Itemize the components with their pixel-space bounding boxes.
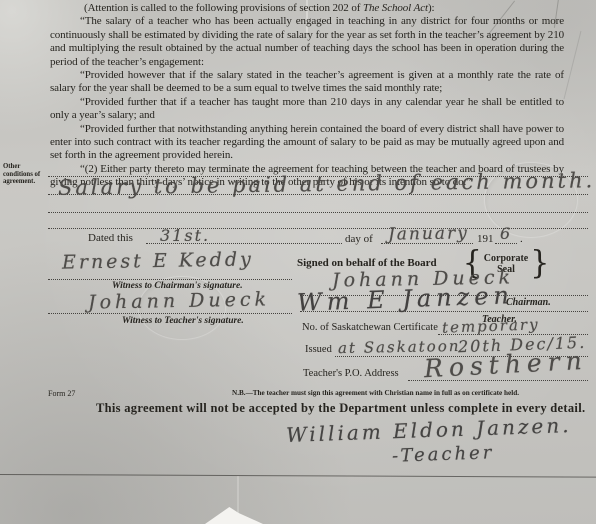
attention-note: (Attention is called to the following pr… xyxy=(50,2,564,15)
attention-pre: (Attention is called to the following pr… xyxy=(84,2,363,14)
teacher-dotted-line xyxy=(300,311,588,312)
po-address-label: Teacher's P.O. Address xyxy=(303,368,399,379)
ruled-dotted-line xyxy=(48,212,588,213)
scanned-agreement-document: (Attention is called to the following pr… xyxy=(0,0,596,524)
salary-estimation-paragraph: “The salary of a teacher who has been ac… xyxy=(50,15,564,69)
board-contract-paragraph: “Provided further that notwithstanding a… xyxy=(50,123,564,163)
date-year-dotted-line xyxy=(495,243,517,244)
teacher-witness-signature: Johann Dueck xyxy=(88,288,270,313)
other-conditions-margin-label: Other conditions of agreement. xyxy=(3,163,47,186)
right-brace-glyph: } xyxy=(530,245,549,283)
monthly-rate-paragraph: “Provided however that if the salary sta… xyxy=(50,69,564,96)
chairman-witness-signature: Ernest E Keddy xyxy=(62,248,254,273)
year-prefix-label: 191 xyxy=(477,233,494,245)
final-teacher-signature: William Eldon Janzen. xyxy=(286,413,572,447)
certificate-label: No. of Saskatchewan Certificate xyxy=(302,322,438,333)
fold-crease-line xyxy=(0,474,596,478)
date-period: . xyxy=(520,233,523,245)
chairman-witness-dotted-line xyxy=(48,279,292,280)
dated-this-label: Dated this xyxy=(88,232,133,244)
crease-line xyxy=(564,31,582,99)
form-number: Form 27 xyxy=(48,389,75,398)
teacher-witness-label: Witness to Teacher's signature. xyxy=(122,316,244,326)
final-teacher-role: -Teacher xyxy=(392,442,495,467)
day-of-label: day of xyxy=(345,233,373,245)
school-act-title: The School Act xyxy=(363,2,428,14)
month-handwriting: January xyxy=(388,223,469,244)
attention-post: ): xyxy=(428,2,435,14)
teacher-witness-dotted-line xyxy=(48,313,292,314)
210-days-paragraph: “Provided further that if a teacher has … xyxy=(50,96,564,123)
corporate-seal-line1: Corporate xyxy=(484,253,528,264)
acceptance-notice: This agreement will not be accepted by t… xyxy=(96,401,585,416)
year-digit-handwriting: 6 xyxy=(500,224,511,243)
torn-paper-notch xyxy=(205,507,263,524)
nb-note: N.B.—The teacher must sign this agreemen… xyxy=(232,389,519,397)
certificate-value-handwriting: temporary xyxy=(442,315,540,336)
issued-label: Issued xyxy=(305,344,332,355)
legal-provisions-text: (Attention is called to the following pr… xyxy=(50,2,564,190)
day-handwriting: 31st. xyxy=(160,226,210,245)
